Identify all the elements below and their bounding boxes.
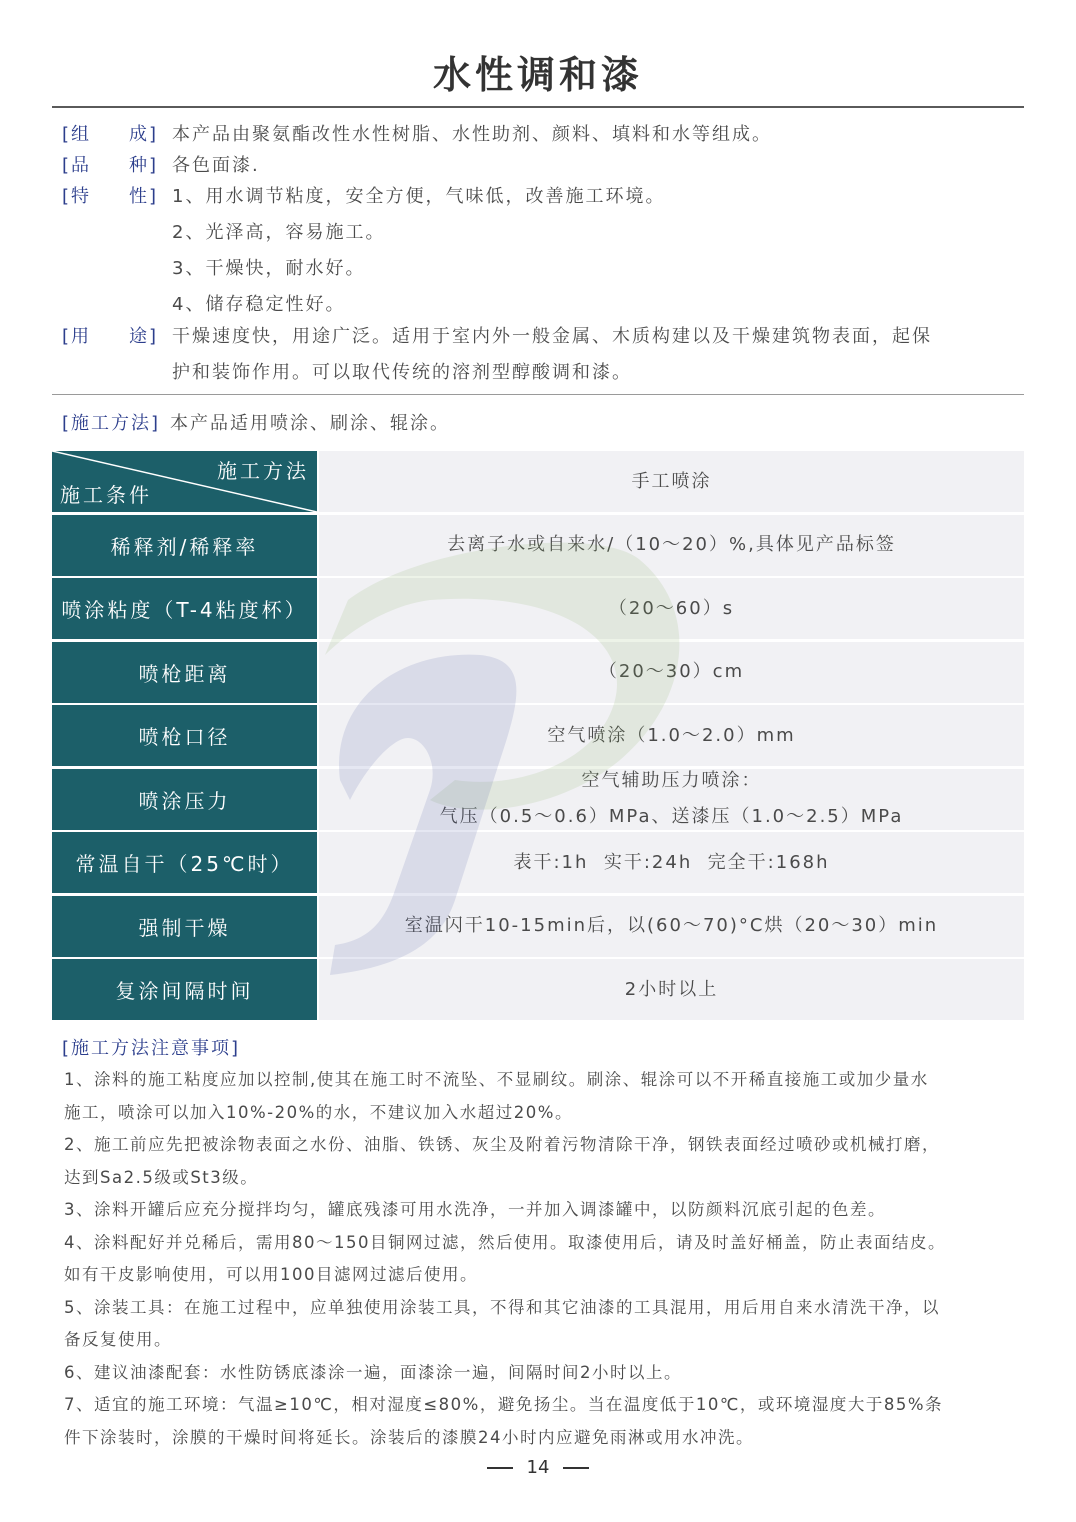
usage-line: 护和装饰作用。可以取代传统的溶剂型醇酸调和漆。 bbox=[172, 362, 632, 384]
value-cell: （20～60）s bbox=[319, 578, 1024, 639]
note-line: 备反复使用。 bbox=[64, 1324, 1024, 1357]
table-row: 喷涂粘度（T-4粘度杯） （20～60）s bbox=[52, 578, 1024, 639]
usage-line: 干燥速度快，用途广泛。适用于室内外一般金属、木质构建以及干燥建筑物表面，起保 bbox=[172, 326, 932, 348]
notes-list: 1、涂料的施工粘度应加以控制,使其在施工时不流坠、不显刷纹。刷涂、辊涂可以不开稀… bbox=[64, 1064, 1024, 1454]
table-row: 复涂间隔时间 2小时以上 bbox=[52, 959, 1024, 1020]
note-line: 5、涂装工具：在施工过程中，应单独使用涂装工具，不得和其它油漆的工具混用，用后用… bbox=[64, 1292, 1024, 1325]
value-cell: 室温闪干10-15min后，以(60～70)°C烘（20～30）min bbox=[319, 896, 1024, 957]
table-row: 喷枪距离 （20～30）cm bbox=[52, 642, 1024, 703]
property-value: 本产品由聚氨酯改性水性树脂、水性助剂、颜料、填料和水等组成。 bbox=[172, 124, 772, 146]
corner-header-cell: 施工方法 施工条件 bbox=[52, 451, 317, 512]
table-row: 喷涂压力 空气辅助压力喷涂：气压（0.5～0.6）MPa、送漆压（1.0～2.5… bbox=[52, 769, 1024, 830]
note-line: 4、涂料配好并兑稀后，需用80～150目铜网过滤，然后使用。取漆使用后，请及时盖… bbox=[64, 1227, 1024, 1260]
condition-cell: 喷涂压力 bbox=[52, 769, 317, 830]
condition-cell: 喷枪口径 bbox=[52, 705, 317, 766]
note-line: 件下涂装时，涂膜的干燥时间将延长。涂装后的漆膜24小时内应避免雨淋或用水冲洗。 bbox=[64, 1422, 1024, 1455]
table-row: 常温自干（25℃时） 表干:1h 实干:24h 完全干:168h bbox=[52, 832, 1024, 893]
note-line: 6、建议油漆配套：水性防锈底漆涂一遍，面漆涂一遍，间隔时间2小时以上。 bbox=[64, 1357, 1024, 1390]
feature-line: 3、干燥快，耐水好。 bbox=[172, 258, 365, 280]
dash-decoration bbox=[563, 1467, 589, 1469]
title-divider bbox=[52, 106, 1024, 108]
value-cell: 空气喷涂（1.0～2.0）mm bbox=[319, 705, 1024, 766]
value-cell: （20～30）cm bbox=[319, 642, 1024, 703]
feature-line: 4、储存稳定性好。 bbox=[172, 294, 345, 316]
note-line: 7、适宜的施工环境：气温≥10℃，相对湿度≤80%，避免扬尘。当在温度低于10℃… bbox=[64, 1389, 1024, 1422]
note-line: 2、施工前应先把被涂物表面之水份、油脂、铁锈、灰尘及附着污物清除干净，钢铁表面经… bbox=[64, 1129, 1024, 1162]
table-row: 喷枪口径 空气喷涂（1.0～2.0）mm bbox=[52, 705, 1024, 766]
row-axis-label: 施工条件 bbox=[60, 479, 152, 508]
column-axis-label: 施工方法 bbox=[217, 455, 309, 484]
table-row: 强制干燥 室温闪干10-15min后，以(60～70)°C烘（20～30）min bbox=[52, 896, 1024, 957]
note-line: 如有干皮影响使用，可以用100目滤网过滤后使用。 bbox=[64, 1259, 1024, 1292]
section-divider bbox=[52, 394, 1024, 395]
property-value: 各色面漆. bbox=[172, 155, 260, 177]
notes-title: [施工方法注意事项] bbox=[62, 1034, 240, 1060]
condition-cell: 喷枪距离 bbox=[52, 642, 317, 703]
feature-line: 1、用水调节粘度，安全方便，气味低，改善施工环境。 bbox=[172, 186, 665, 208]
page-number: 14 bbox=[0, 1457, 1076, 1478]
column-header-cell: 手工喷涂 bbox=[319, 451, 1024, 512]
feature-line: 2、光泽高，容易施工。 bbox=[172, 222, 385, 244]
condition-cell: 强制干燥 bbox=[52, 896, 317, 957]
value-cell: 2小时以上 bbox=[319, 959, 1024, 1020]
value-cell: 表干:1h 实干:24h 完全干:168h bbox=[319, 832, 1024, 893]
method-value: 本产品适用喷涂、刷涂、辊涂。 bbox=[170, 413, 450, 434]
value-cell: 去离子水或自来水/（10～20）%,具体见产品标签 bbox=[319, 515, 1024, 576]
condition-cell: 喷涂粘度（T-4粘度杯） bbox=[52, 578, 317, 639]
condition-cell: 常温自干（25℃时） bbox=[52, 832, 317, 893]
note-line: 施工，喷涂可以加入10%-20%的水，不建议加入水超过20%。 bbox=[64, 1097, 1024, 1130]
table-header-row: 施工方法 施工条件 手工喷涂 bbox=[52, 451, 1024, 512]
method-label: [施工方法] bbox=[62, 413, 160, 434]
application-method: [施工方法]本产品适用喷涂、刷涂、辊涂。 bbox=[62, 409, 450, 435]
page-title: 水性调和漆 bbox=[0, 44, 1076, 99]
value-cell: 空气辅助压力喷涂：气压（0.5～0.6）MPa、送漆压（1.0～2.5）MPa bbox=[319, 769, 1024, 830]
condition-cell: 稀释剂/稀释率 bbox=[52, 515, 317, 576]
condition-cell: 复涂间隔时间 bbox=[52, 959, 317, 1020]
dash-decoration bbox=[487, 1467, 513, 1469]
note-line: 3、涂料开罐后应充分搅拌均匀，罐底残漆可用水洗净，一并加入调漆罐中，以防颜料沉底… bbox=[64, 1194, 1024, 1227]
note-line: 1、涂料的施工粘度应加以控制,使其在施工时不流坠、不显刷纹。刷涂、辊涂可以不开稀… bbox=[64, 1064, 1024, 1097]
table-row: 稀释剂/稀释率 去离子水或自来水/（10～20）%,具体见产品标签 bbox=[52, 515, 1024, 576]
note-line: 达到Sa2.5级或St3级。 bbox=[64, 1162, 1024, 1195]
